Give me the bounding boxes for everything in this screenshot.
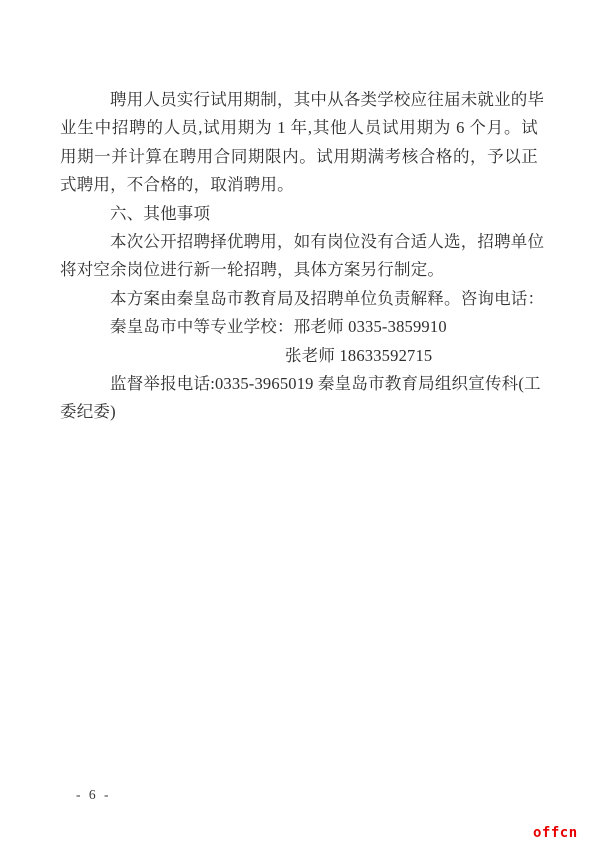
line-supervision-phone: 监督举报电话:0335-3965019 秦皇岛市教育局组织宣传科(工	[60, 370, 538, 398]
para-reopen-hiring-line-1: 本次公开招聘择优聘用，如有岗位没有合适人选，招聘单位	[60, 228, 538, 256]
page-number: - 6 -	[76, 787, 111, 803]
para-interpretation-line: 本方案由秦皇岛市教育局及招聘单位负责解释。咨询电话：	[60, 285, 538, 313]
document-body: 聘用人员实行试用期制，其中从各类学校应往届未就业的毕 业生中招聘的人员,试用期为…	[60, 86, 538, 427]
para-trial-period-line-2: 业生中招聘的人员,试用期为 1 年,其他人员试用期为 6 个月。试	[60, 114, 538, 142]
document-page: 聘用人员实行试用期制，其中从各类学校应往届未就业的毕 业生中招聘的人员,试用期为…	[0, 0, 600, 848]
line-supervision-phone-cont: 委纪委)	[60, 398, 538, 426]
para-reopen-hiring-line-2: 将对空余岗位进行新一轮招聘，具体方案另行制定。	[60, 256, 538, 284]
watermark-offcn: offcn	[533, 825, 578, 841]
para-trial-period-line-3: 用期一并计算在聘用合同期限内。试用期满考核合格的，予以正	[60, 143, 538, 171]
line-school-contact-xing: 秦皇岛市中等专业学校：邢老师 0335-3859910	[60, 313, 538, 341]
para-trial-period-line-1: 聘用人员实行试用期制，其中从各类学校应往届未就业的毕	[60, 86, 538, 114]
heading-other-matters: 六、其他事项	[60, 200, 538, 228]
para-trial-period-line-4: 式聘用，不合格的，取消聘用。	[60, 171, 538, 199]
line-school-contact-zhang: 张老师 18633592715	[60, 342, 538, 370]
